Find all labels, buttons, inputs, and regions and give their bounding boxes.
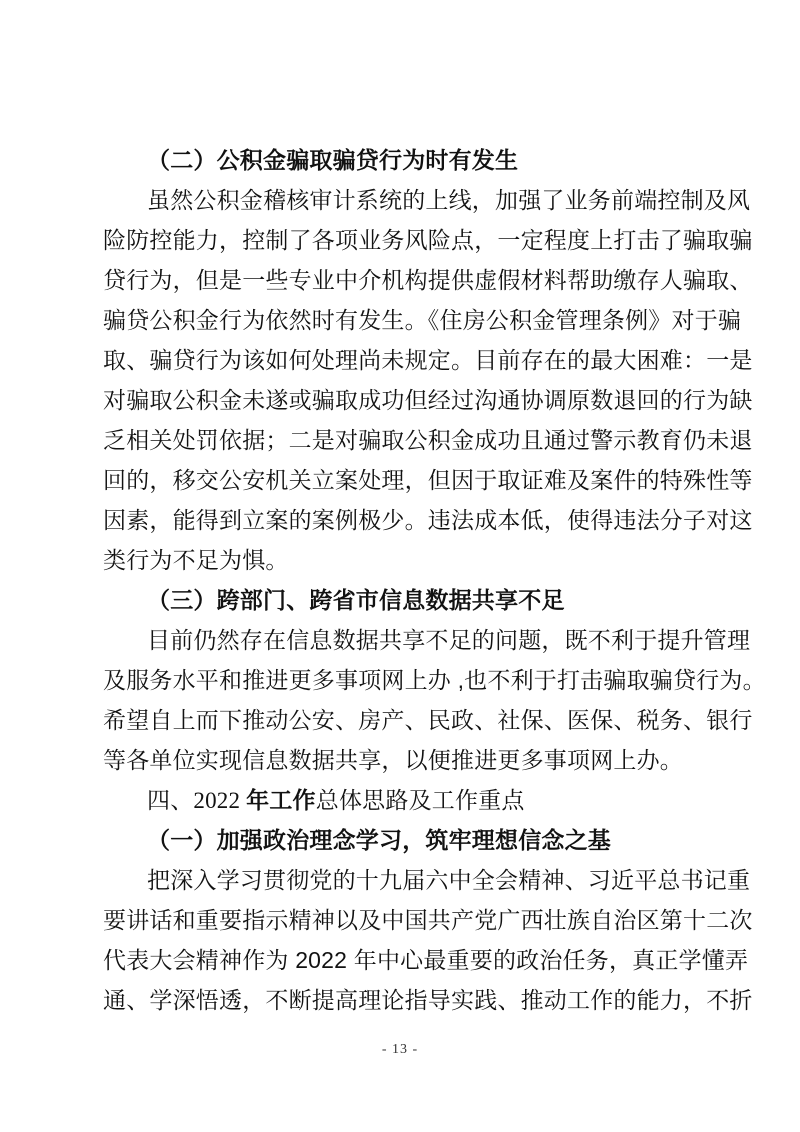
document-page: （二）公积金骗取骗贷行为时有发生虽然公积金稽核审计系统的上线，加强了业务前端控制… [0, 0, 800, 1132]
heading-segment: 年工作 [246, 787, 316, 813]
paragraph-political-study-line: 要讲话和重要指示精神以及中国共产党广西壮族自治区第十二次 [103, 900, 703, 940]
paragraph-fraud-line: 险防控能力，控制了各项业务风险点，一定程度上打击了骗取骗 [103, 220, 703, 260]
section-heading-4-2022-plan: 四、2022 年工作总体思路及工作重点 [103, 780, 703, 820]
heading-segment: 总体思路及工作重点 [316, 788, 525, 813]
paragraph-fraud-line: 因素，能得到立案的案例极少。违法成本低，使得违法分子对这 [103, 500, 703, 540]
paragraph-fraud-line: 取、骗贷行为该如何处理尚未规定。目前存在的最大困难：一是 [103, 340, 703, 380]
paragraph-fraud-line: 贷行为，但是一些专业中介机构提供虚假材料帮助缴存人骗取、 [103, 260, 703, 300]
paragraph-data-sharing-line: 希望自上而下推动公安、房产、民政、社保、医保、税务、银行 [103, 700, 703, 740]
paragraph-fraud-line: 虽然公积金稽核审计系统的上线，加强了业务前端控制及风 [103, 180, 703, 220]
paragraph-fraud-line: 乏相关处罚依据；二是对骗取公积金成功且通过警示教育仍未退 [103, 420, 703, 460]
paragraph-political-study-line: 代表大会精神作为 2022 年中心最重要的政治任务，真正学懂弄 [103, 940, 703, 980]
paragraph-fraud-line: 回的，移交公安机关立案处理，但因于取证难及案件的特殊性等 [103, 460, 703, 500]
paragraph-fraud-line: 类行为不足为惧。 [103, 540, 703, 580]
paragraph-political-study-line: 通、学深悟透，不断提高理论指导实践、推动工作的能力，不折 [103, 980, 703, 1020]
section-heading-4-1: （一）加强政治理念学习，筑牢理想信念之基 [103, 820, 703, 860]
paragraph-data-sharing-line: 目前仍然存在信息数据共享不足的问题，既不利于提升管理 [103, 620, 703, 660]
heading-segment: 四、2022 [147, 788, 246, 813]
paragraph-data-sharing-line: 及服务水平和推进更多事项网上办 ,也不利于打击骗取骗贷行为。 [103, 660, 703, 700]
paragraph-data-sharing-line: 等各单位实现信息数据共享，以便推进更多事项网上办。 [103, 740, 703, 780]
page-body: （二）公积金骗取骗贷行为时有发生虽然公积金稽核审计系统的上线，加强了业务前端控制… [103, 140, 703, 1020]
page-number: - 13 - [0, 1042, 800, 1058]
paragraph-fraud-line: 骗贷公积金行为依然时有发生。《住房公积金管理条例》对于骗 [103, 300, 703, 340]
section-heading-3: （三）跨部门、跨省市信息数据共享不足 [103, 580, 703, 620]
section-heading-2: （二）公积金骗取骗贷行为时有发生 [103, 140, 703, 180]
paragraph-political-study-line: 把深入学习贯彻党的十九届六中全会精神、习近平总书记重 [103, 860, 703, 900]
paragraph-fraud-line: 对骗取公积金未遂或骗取成功但经过沟通协调原数退回的行为缺 [103, 380, 703, 420]
